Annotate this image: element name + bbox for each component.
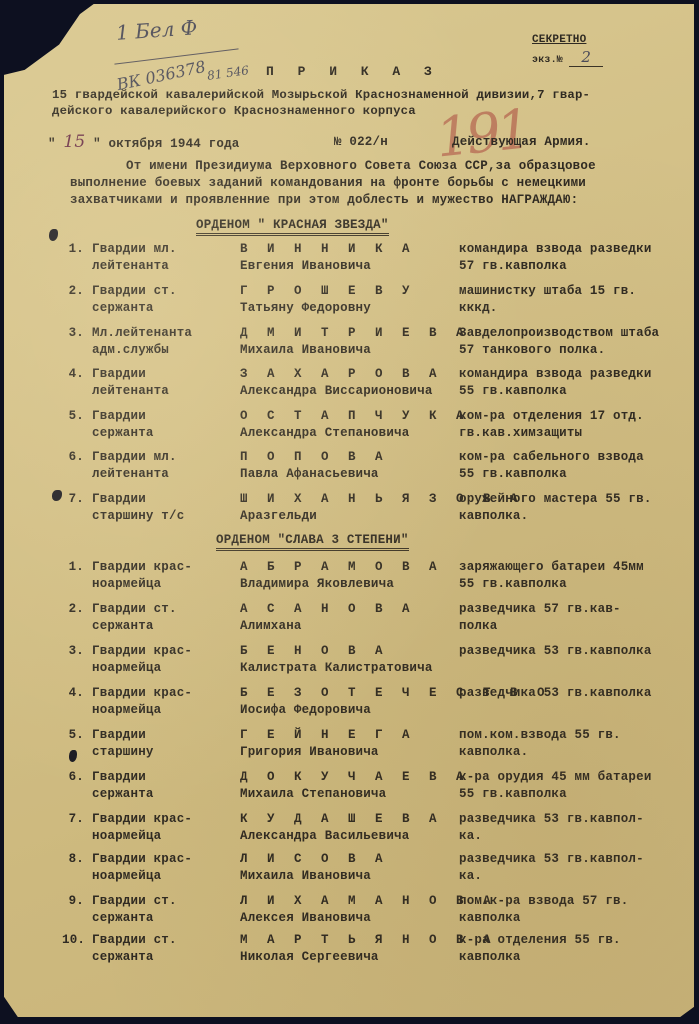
entry-surname: Г Е Й Н Е Г А (240, 728, 416, 742)
entry-position: к-ра отделения 55 гв. (459, 933, 621, 947)
document-page: 1 Бел Ф ВК 036378 81 546 СЕКРЕТНО экз.№ … (4, 4, 694, 1017)
entry-position: разведчика 53 гв.кавпол- (459, 812, 644, 826)
entry-number: 2. (62, 602, 84, 616)
entry-rank-cont: старшину т/с (92, 509, 184, 523)
award-entry: 4. Гвардии крас- ноармейца Б Е З О Т Е Ч… (4, 686, 694, 726)
entry-rank-cont: лейтенанта (92, 259, 169, 273)
entry-position: Завделопроизводством штаба (459, 326, 659, 340)
entry-rank: Гвардии (92, 770, 146, 784)
entry-position: пом.ком.взвода 55 гв. (459, 728, 621, 742)
award-entry: 2. Гвардии ст. сержанта А С А Н О В А Ал… (4, 602, 694, 642)
entry-given-names: Михаила Ивановича (240, 343, 371, 357)
entry-rank: Гвардии ст. (92, 894, 177, 908)
entry-surname: В И Н Н И К А (240, 242, 416, 256)
entry-rank: Гвардии крас- (92, 560, 192, 574)
section-heading-red-star: ОРДЕНОМ " КРАСНАЯ ЗВЕЗДА" (196, 218, 389, 236)
entry-given-names: Аразгельди (240, 509, 317, 523)
entry-rank: Гвардии крас- (92, 812, 192, 826)
entry-number: 6. (62, 450, 84, 464)
entry-position-cont: кккд. (459, 301, 498, 315)
entry-surname: Д О К У Ч А Е В А (240, 770, 470, 784)
entry-rank: Гвардии (92, 409, 146, 423)
entry-number: 4. (62, 686, 84, 700)
entry-given-names: Григория Ивановича (240, 745, 379, 759)
entry-rank-cont: адм.службы (92, 343, 169, 357)
entry-position: командира взвода разведки (459, 367, 652, 381)
award-entry: 5. Гвардии сержанта О С Т А П Ч У К А Ал… (4, 409, 694, 449)
entry-position-cont: гв.кав.химзащиты (459, 426, 582, 440)
entry-given-names: Алимхана (240, 619, 302, 633)
entry-number: 1. (62, 242, 84, 256)
entry-surname: Д М И Т Р И Е В А (240, 326, 470, 340)
award-entry: 7. Гвардии крас- ноармейца К У Д А Ш Е В… (4, 812, 694, 852)
order-number: № 022/н (334, 135, 388, 149)
date-day: 15 (63, 132, 85, 152)
punch-hole-mark (49, 229, 58, 241)
entry-rank-cont: сержанта (92, 619, 154, 633)
preamble-line-1: От имени Президиума Верховного Совета Со… (126, 159, 596, 173)
entry-surname: О С Т А П Ч У К А (240, 409, 470, 423)
entry-given-names: Михаила Степановича (240, 787, 386, 801)
entry-position: командира взвода разведки (459, 242, 652, 256)
preamble-line-2: выполнение боевых заданий командования н… (70, 176, 586, 190)
entry-rank: Гвардии ст. (92, 933, 177, 947)
entry-position-cont: ка. (459, 869, 482, 883)
entry-number: 7. (62, 812, 84, 826)
entry-number: 5. (62, 409, 84, 423)
entry-rank: Гвардии (92, 492, 146, 506)
entry-rank-cont: ноармейца (92, 829, 161, 843)
entry-number: 6. (62, 770, 84, 784)
entry-position: машинистку штаба 15 гв. (459, 284, 636, 298)
entry-surname: Г Р О Ш Е В У (240, 284, 416, 298)
entry-surname: Л И С О В А (240, 852, 389, 866)
entry-surname: К У Д А Ш Е В А (240, 812, 443, 826)
entry-number: 4. (62, 367, 84, 381)
award-entry: 5. Гвардии старшину Г Е Й Н Е Г А Григор… (4, 728, 694, 768)
entry-rank-cont: ноармейца (92, 577, 161, 591)
entry-rank: Гвардии крас- (92, 644, 192, 658)
entry-given-names: Александра Васильевича (240, 829, 409, 843)
entry-number: 3. (62, 644, 84, 658)
copy-number: 2 (569, 48, 603, 67)
handwritten-front-note: 1 Бел Ф (115, 15, 198, 45)
entry-rank: Гвардии мл. (92, 242, 177, 256)
entry-rank-cont: ноармейца (92, 869, 161, 883)
entry-position: разведчика 53 гв.кавполка (459, 644, 652, 658)
entry-rank: Гвардии ст. (92, 602, 177, 616)
entry-rank-cont: старшину (92, 745, 154, 759)
entry-rank-cont: ноармейца (92, 661, 161, 675)
entry-surname: З А Х А Р О В А (240, 367, 443, 381)
entry-position-cont: 57 гв.кавполка (459, 259, 567, 273)
entry-surname: П О П О В А (240, 450, 389, 464)
entry-rank-cont: ноармейца (92, 703, 161, 717)
date-quote: " (48, 137, 56, 151)
entry-position-cont: 55 гв.кавполка (459, 384, 567, 398)
award-entry: 6. Гвардии мл. лейтенанта П О П О В А Па… (4, 450, 694, 490)
entry-given-names: Александра Степановича (240, 426, 409, 440)
entry-number: 10. (62, 933, 84, 947)
classification-label: СЕКРЕТНО (532, 34, 586, 46)
entry-number: 1. (62, 560, 84, 574)
award-entry: 3. Мл.лейтенанта адм.службы Д М И Т Р И … (4, 326, 694, 366)
entry-rank-cont: сержанта (92, 950, 154, 964)
section-heading-glory-3rd: ОРДЕНОМ "СЛАВА 3 СТЕПЕНИ" (216, 533, 409, 551)
unit-line-2: дейского кавалерийского Краснознаменного… (52, 104, 416, 118)
award-entry: 4. Гвардии лейтенанта З А Х А Р О В А Ал… (4, 367, 694, 407)
entry-number: 2. (62, 284, 84, 298)
entry-rank-cont: сержанта (92, 911, 154, 925)
entry-rank: Гвардии ст. (92, 284, 177, 298)
page-title: П Р И К А З (266, 64, 440, 79)
entry-given-names: Евгения Ивановича (240, 259, 371, 273)
entry-number: 3. (62, 326, 84, 340)
entry-position: пом.к-ра взвода 57 гв. (459, 894, 628, 908)
entry-position: разведчика 53 гв.кавпол- (459, 852, 644, 866)
entry-surname: А Б Р А М О В А (240, 560, 443, 574)
entry-position-cont: 55 гв.кавполка (459, 467, 567, 481)
entry-rank: Гвардии крас- (92, 686, 192, 700)
preamble-line-3: захватчиками и проявленние при этом добл… (70, 193, 578, 207)
award-entry: 1. Гвардии крас- ноармейца А Б Р А М О В… (4, 560, 694, 600)
award-entry: 10. Гвардии ст. сержанта М А Р Т Ь Я Н О… (4, 933, 694, 973)
entry-surname: Б Е Н О В А (240, 644, 389, 658)
entry-position-cont: кавполка. (459, 509, 528, 523)
entry-position: заряжающего батареи 45мм (459, 560, 644, 574)
entry-position: ком-ра отделения 17 отд. (459, 409, 644, 423)
entry-rank: Гвардии крас- (92, 852, 192, 866)
entry-rank-cont: сержанта (92, 787, 154, 801)
entry-position-cont: ка. (459, 829, 482, 843)
award-entry: 6. Гвардии сержанта Д О К У Ч А Е В А Ми… (4, 770, 694, 810)
entry-rank-cont: лейтенанта (92, 467, 169, 481)
award-entry: 9. Гвардии ст. сержанта Л И Х А М А Н О … (4, 894, 694, 934)
entry-position: к-ра орудия 45 мм батареи (459, 770, 652, 784)
entry-rank: Гвардии мл. (92, 450, 177, 464)
entry-position: разведчика 57 гв.кав- (459, 602, 621, 616)
entry-rank: Мл.лейтенанта (92, 326, 192, 340)
entry-position-cont: 55 гв.кавполка (459, 577, 567, 591)
copy-number-line: экз.№ 2 (532, 48, 603, 67)
entry-given-names: Николая Сергеевича (240, 950, 379, 964)
entry-rank-cont: сержанта (92, 426, 154, 440)
copy-label: экз.№ (532, 55, 563, 66)
entry-given-names: Павла Афанасьевича (240, 467, 379, 481)
entry-position-cont: кавполка. (459, 745, 528, 759)
entry-surname: А С А Н О В А (240, 602, 416, 616)
entry-rank: Гвардии (92, 367, 146, 381)
date-rest: " октября 1944 года (93, 137, 239, 151)
entry-rank-cont: лейтенанта (92, 384, 169, 398)
entry-given-names: Калистрата Калистратовича (240, 661, 433, 675)
date-line: " 15 " октября 1944 года (48, 132, 239, 152)
award-entry: 2. Гвардии ст. сержанта Г Р О Ш Е В У Та… (4, 284, 694, 324)
entry-position: разведчика 53 гв.кавполка (459, 686, 652, 700)
handwritten-sub-code: 81 546 (206, 63, 250, 83)
entry-given-names: Татьяну Федоровну (240, 301, 371, 315)
entry-position-cont: кавполка (459, 950, 521, 964)
entry-given-names: Александра Виссарионовича (240, 384, 433, 398)
award-entry: 8. Гвардии крас- ноармейца Л И С О В А М… (4, 852, 694, 892)
entry-given-names: Алексея Ивановича (240, 911, 371, 925)
entry-position-cont: 57 танкового полка. (459, 343, 605, 357)
entry-position-cont: полка (459, 619, 498, 633)
entry-rank: Гвардии (92, 728, 146, 742)
award-entry: 1. Гвардии мл. лейтенанта В И Н Н И К А … (4, 242, 694, 282)
location: Действующая Армия. (452, 135, 591, 149)
entry-number: 5. (62, 728, 84, 742)
entry-number: 7. (62, 492, 84, 506)
entry-given-names: Владимира Яковлевича (240, 577, 394, 591)
entry-number: 9. (62, 894, 84, 908)
entry-position: ком-ра сабельного взвода (459, 450, 644, 464)
entry-position-cont: 55 гв.кавполка (459, 787, 567, 801)
entry-position-cont: кавполка (459, 911, 521, 925)
entry-rank-cont: сержанта (92, 301, 154, 315)
entry-position: оружейного мастера 55 гв. (459, 492, 652, 506)
award-entry: 3. Гвардии крас- ноармейца Б Е Н О В А К… (4, 644, 694, 684)
entry-number: 8. (62, 852, 84, 866)
entry-given-names: Иосифа Федоровича (240, 703, 371, 717)
entry-given-names: Михаила Ивановича (240, 869, 371, 883)
award-entry: 7. Гвардии старшину т/с Ш И Х А Н Ь Я З … (4, 492, 694, 532)
